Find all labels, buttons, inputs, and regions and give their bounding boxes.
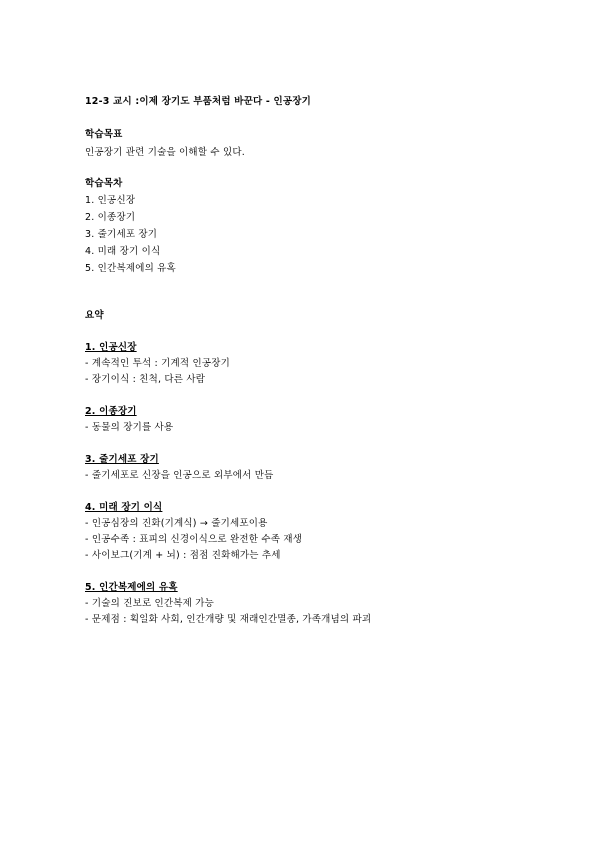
summary-bullet: - 인공수족 : 표피의 신경이식으로 완전한 수족 재생 — [85, 534, 302, 546]
summary-bullet: - 사이보그(기계 + 뇌) : 점점 진화해가는 추세 — [85, 550, 281, 562]
summary-bullet: - 계속적인 투석 : 기계적 인공장기 — [85, 358, 230, 370]
summary-section-title: 2. 이종장기 — [85, 406, 137, 418]
contents-item: 5. 인간복제에의 유혹 — [85, 263, 176, 275]
summary-bullet: - 장기이식 : 친척, 다른 사람 — [85, 374, 205, 386]
summary-section-title: 5. 인간복제에의 유혹 — [85, 582, 178, 594]
summary-section-title: 3. 줄기세포 장기 — [85, 454, 159, 466]
summary-bullet: - 문제점 : 획일화 사회, 인간개량 및 재래인간멸종, 가족개념의 파괴 — [85, 614, 371, 626]
contents-item: 3. 줄기세포 장기 — [85, 229, 157, 241]
summary-section-title: 1. 인공신장 — [85, 342, 137, 354]
objective-text: 인공장기 관련 기술을 이해할 수 있다. — [85, 147, 245, 159]
summary-heading: 요약 — [85, 310, 104, 322]
contents-item: 4. 미래 장기 이식 — [85, 246, 160, 258]
objective-heading: 학습목표 — [85, 129, 123, 141]
summary-bullet: - 기술의 진보로 인간복제 가능 — [85, 598, 214, 610]
summary-section-title: 4. 미래 장기 이식 — [85, 502, 162, 514]
contents-heading: 학습목차 — [85, 178, 123, 190]
contents-item: 1. 인공신장 — [85, 195, 135, 207]
document-title: 12-3 교시 :이제 장기도 부품처럼 바꾼다 - 인공장기 — [85, 96, 311, 108]
summary-bullet: - 인공심장의 진화(기계식) → 줄기세포이용 — [85, 518, 268, 530]
summary-bullet: - 동물의 장기를 사용 — [85, 422, 173, 434]
summary-bullet: - 줄기세포로 신장을 인공으로 외부에서 만듬 — [85, 470, 274, 482]
contents-item: 2. 이종장기 — [85, 212, 135, 224]
